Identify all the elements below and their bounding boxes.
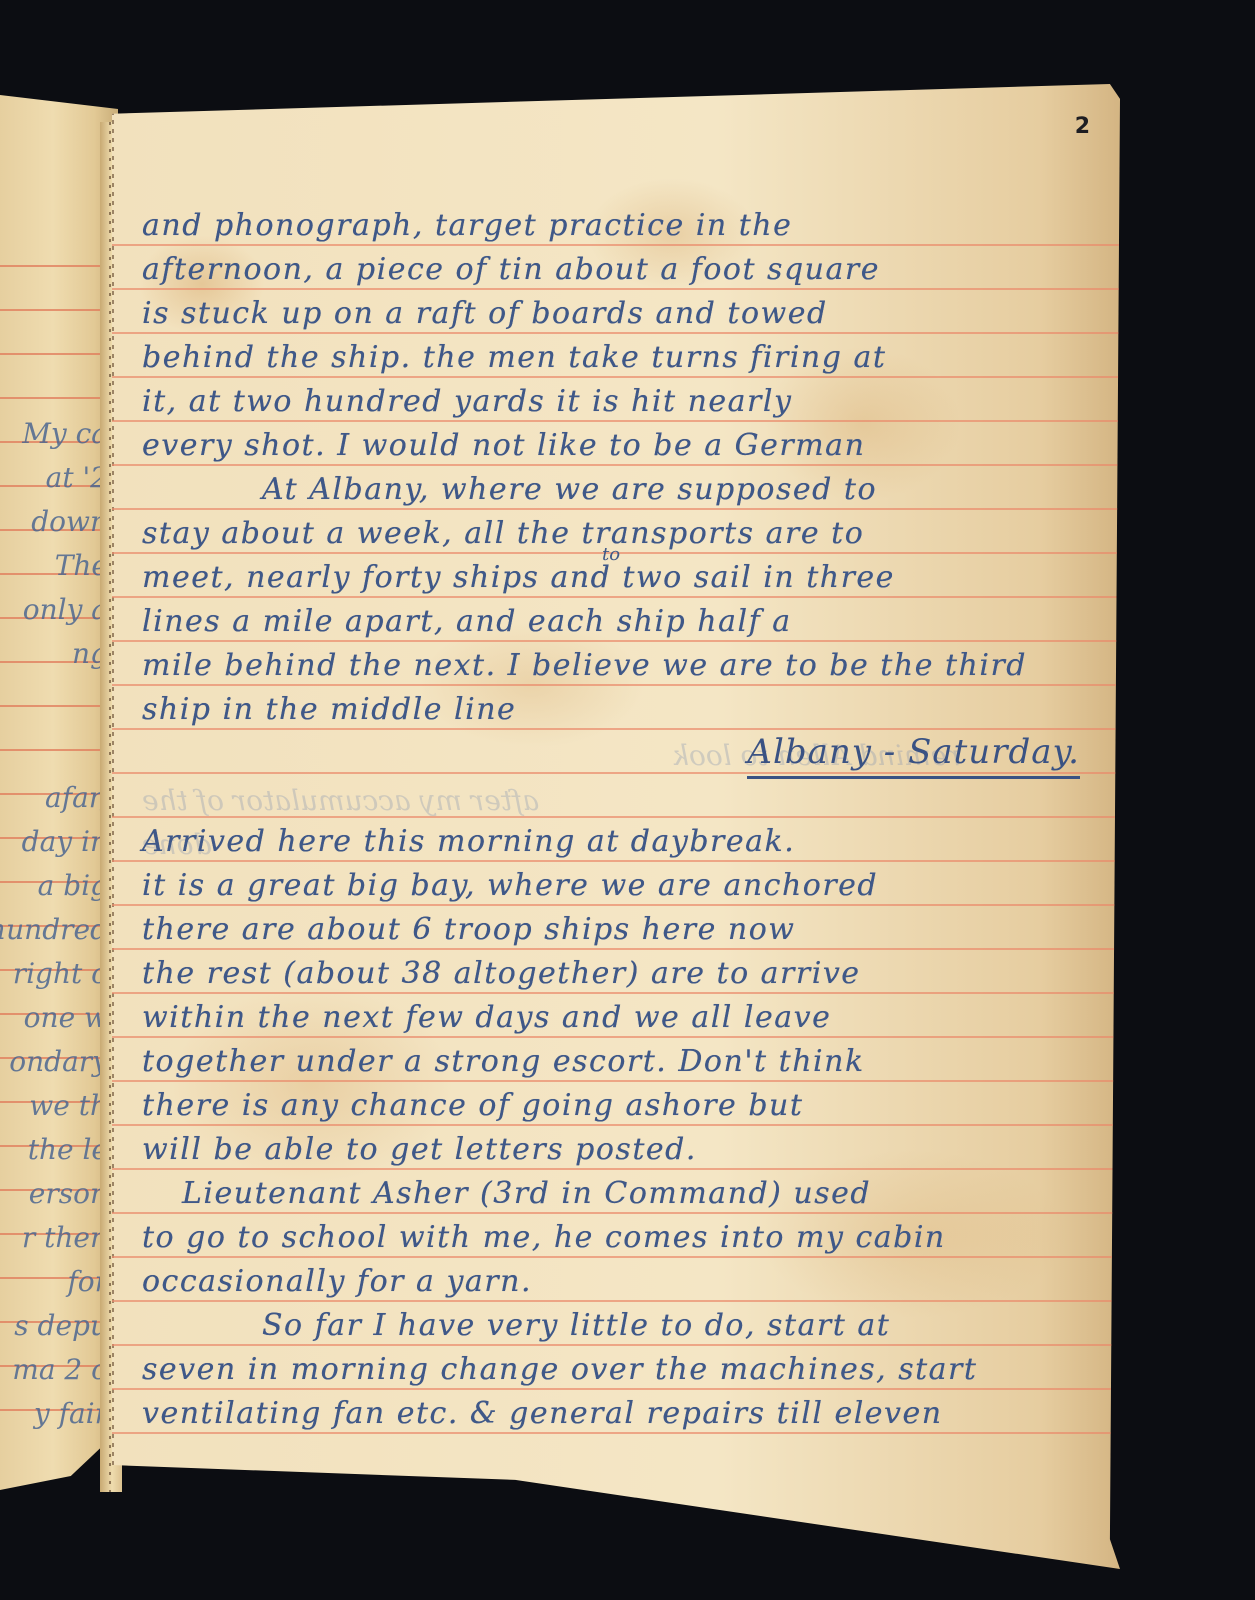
handwritten-line: the rest (about 38 altogether) are to ar… bbox=[142, 952, 1090, 996]
left-page-text: ma 2 o bbox=[12, 1353, 108, 1386]
handwritten-line: ventilating fan etc. & general repairs t… bbox=[142, 1392, 1090, 1436]
page-binding-edge bbox=[112, 84, 114, 1569]
diary-page: 2 remind Allen to look after my accumula bbox=[112, 84, 1120, 1569]
handwritten-line: there is any chance of going ashore but bbox=[142, 1084, 1090, 1128]
left-page-text: we th bbox=[29, 1089, 108, 1122]
left-page-text: a big bbox=[38, 869, 108, 902]
handwritten-line: and phonograph, target practice in the bbox=[142, 204, 1090, 248]
handwritten-line: to go to school with me, he comes into m… bbox=[142, 1216, 1090, 1260]
handwritten-line: it, at two hundred yards it is hit nearl… bbox=[142, 380, 1090, 424]
left-page-text: hundred bbox=[0, 913, 108, 946]
handwritten-line: So far I have very little to do, start a… bbox=[142, 1304, 1090, 1348]
handwritten-line: behind the ship. the men take turns firi… bbox=[142, 336, 1090, 380]
handwritten-line: every shot. I would not like to be a Ger… bbox=[142, 424, 1090, 468]
left-page-text: afar, bbox=[45, 781, 108, 814]
left-page-text: at '2 bbox=[46, 461, 108, 494]
handwritten-line: there are about 6 troop ships here now bbox=[142, 908, 1090, 952]
handwritten-line: afternoon, a piece of tin about a foot s… bbox=[142, 248, 1090, 292]
handwritten-line: it is a great big bay, where we are anch… bbox=[142, 864, 1090, 908]
left-page-text: day in bbox=[22, 825, 108, 858]
handwritten-line: seven in morning change over the machine… bbox=[142, 1348, 1090, 1392]
page-number: 2 bbox=[1075, 114, 1090, 139]
entry-heading: Albany - Saturday. bbox=[747, 730, 1080, 779]
left-page-text: only a bbox=[23, 593, 108, 626]
left-page-text: one w bbox=[24, 1001, 108, 1034]
handwritten-line: lines a mile apart, and each ship half a bbox=[142, 600, 1090, 644]
handwritten-line: will be able to get letters posted. bbox=[142, 1128, 1090, 1172]
left-page-text: s depu bbox=[14, 1309, 108, 1342]
handwritten-line: is stuck up on a raft of boards and towe… bbox=[142, 292, 1090, 336]
left-page-text: r then bbox=[22, 1221, 108, 1254]
photo-scene: My ca at '2 down The only a ng afar, day… bbox=[0, 0, 1255, 1600]
handwritten-line: Arrived here this morning at daybreak. bbox=[142, 820, 1090, 864]
handwritten-line: ship in the middle line bbox=[142, 688, 1090, 732]
left-page-text: My ca bbox=[22, 417, 108, 450]
handwritten-line: meet, nearly forty ships and two sail in… bbox=[142, 556, 1090, 600]
left-page-text: erson bbox=[29, 1177, 108, 1210]
handwritten-line: together under a strong escort. Don't th… bbox=[142, 1040, 1090, 1084]
handwritten-line: within the next few days and we all leav… bbox=[142, 996, 1090, 1040]
handwritten-line: At Albany, where we are supposed to bbox=[142, 468, 1090, 512]
left-page-text: right o bbox=[13, 957, 108, 990]
bleed-through-text: after my accumulator of the bbox=[142, 784, 539, 817]
left-page-text: ondary bbox=[9, 1045, 108, 1078]
left-page-text: y fair bbox=[34, 1397, 108, 1430]
left-page-text: the le bbox=[28, 1133, 108, 1166]
binding-stitch bbox=[109, 122, 111, 1492]
handwritten-line: Lieutenant Asher (3rd in Command) used bbox=[142, 1172, 1090, 1216]
handwritten-line: occasionally for a yarn. bbox=[142, 1260, 1090, 1304]
handwritten-line: mile behind the next. I believe we are t… bbox=[142, 644, 1090, 688]
left-page-text: down bbox=[31, 505, 108, 538]
